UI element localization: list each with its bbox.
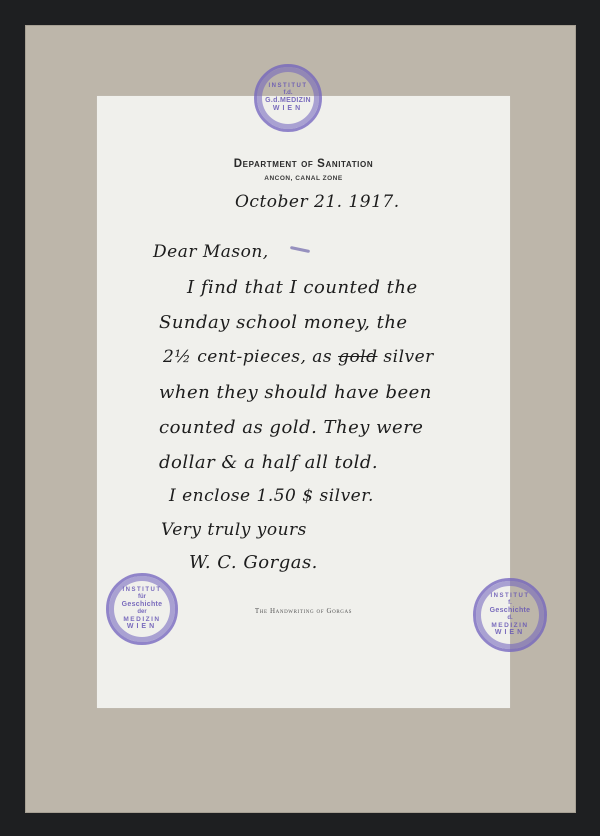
signature: W. C. Gorgas.: [189, 552, 318, 573]
letter-line-2: Sunday school money, the: [159, 312, 408, 333]
stamp-text: MEDIZIN: [123, 616, 160, 623]
closing: Very truly yours: [161, 520, 307, 540]
stamp-text: f.: [508, 600, 512, 607]
stamp-text: INSTITUT: [269, 83, 308, 90]
letterhead-title: Department of Sanitation: [97, 158, 510, 170]
stamp-text: WIEN: [273, 105, 303, 113]
stamp-text: d.: [507, 615, 512, 622]
stamp-text: Geschichte: [122, 601, 163, 609]
letter-line-7: I enclose 1.50 $ silver.: [169, 486, 374, 506]
stamp-text: Geschichte: [490, 607, 531, 615]
struck-word: gold: [338, 347, 377, 367]
stamp-text: WIEN: [495, 629, 525, 637]
stamp-text: für: [138, 594, 146, 601]
stamp-bottom-left: INSTITUT für Geschichte der MEDIZIN WIEN: [106, 573, 178, 645]
letter-line-6: dollar & a half all told.: [159, 452, 378, 473]
stamp-text: MEDIZIN: [491, 622, 528, 629]
salutation: Dear Mason,: [153, 242, 269, 262]
letter-line-4: when they should have been: [159, 382, 432, 403]
letter-line-3: 2½ cent-pieces, as gold silver: [163, 347, 434, 367]
date-line: October 21. 1917.: [235, 192, 400, 212]
stamp-text: INSTITUT: [491, 593, 530, 600]
letter-line-1: I find that I counted the: [187, 277, 418, 298]
stamp-bottom-right: INSTITUT f. Geschichte d. MEDIZIN WIEN: [473, 578, 547, 652]
letter-line-5: counted as gold. They were: [159, 417, 423, 438]
stamp-text: G.d.MEDIZIN: [265, 97, 311, 105]
stamp-top: INSTITUT f.d. G.d.MEDIZIN WIEN: [254, 64, 322, 132]
stamp-text: INSTITUT: [123, 587, 162, 594]
stamp-text: der: [137, 609, 146, 616]
letterhead-subtitle: ANCON, CANAL ZONE: [97, 175, 510, 182]
stamp-text: f.d.: [284, 90, 293, 97]
text-silver: silver: [378, 347, 434, 367]
stamp-text: WIEN: [127, 623, 157, 631]
text-2-1-2-cent: 2½ cent-pieces, as: [163, 347, 338, 367]
